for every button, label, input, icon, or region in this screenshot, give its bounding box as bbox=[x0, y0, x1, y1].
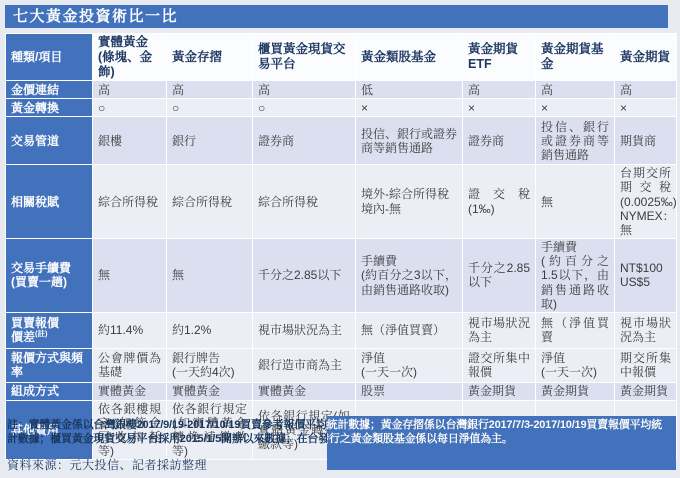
table-cell: 視市場狀況為主 bbox=[615, 312, 677, 348]
column-header: 黃金期貨ETF bbox=[463, 34, 536, 81]
table-cell: 證券商 bbox=[253, 117, 356, 165]
table-cell: 高 bbox=[167, 81, 253, 99]
table-cell: 黃金期貨 bbox=[615, 382, 677, 400]
row-label: 組成方式 bbox=[6, 382, 93, 400]
table-cell: × bbox=[356, 99, 463, 117]
table-cell: 銀行 bbox=[167, 117, 253, 165]
table-cell: 千分之2.85以下 bbox=[253, 239, 356, 313]
table-cell: 高 bbox=[536, 81, 615, 99]
row-label-text: 交易手續費 (買賣一趟) bbox=[11, 261, 71, 289]
row-label: 相關稅賦 bbox=[6, 165, 93, 239]
table-cell: 無（淨值買賣 bbox=[536, 312, 615, 348]
table-cell: NT$100 US$5 bbox=[615, 239, 677, 313]
table-cell: 手續費 (約百分之3以下，由銷售通路收取) bbox=[356, 239, 463, 313]
table-cell: 高 bbox=[253, 81, 356, 99]
table-cell: 視市場狀況為主 bbox=[253, 312, 356, 348]
row-label-text: 組成方式 bbox=[11, 384, 59, 398]
table-cell: 銀行牌告 (一天約4次) bbox=[167, 348, 253, 382]
table-cell: 高 bbox=[463, 81, 536, 99]
table-cell: 證交所集中報價 bbox=[463, 348, 536, 382]
table-cell: ○ bbox=[253, 99, 356, 117]
table-row: 組成方式實體黃金實體黃金實體黃金股票黃金期貨黃金期貨黃金期貨 bbox=[6, 382, 677, 400]
table-cell: 視市場狀況為主 bbox=[463, 312, 536, 348]
footnote-area: 註：實體黃金係以台灣銀樓2017/9/19-2017/10/19買賣參考報價平均… bbox=[5, 414, 676, 474]
source-text: 資料來源：元大投信、記者採訪整理 bbox=[7, 456, 207, 473]
table-cell: 證券商 bbox=[463, 117, 536, 165]
table-cell: 投信、銀行或證券商等銷售通路 bbox=[536, 117, 615, 165]
table-cell: 實體黃金 bbox=[93, 382, 167, 400]
table-cell: 實體黃金 bbox=[253, 382, 356, 400]
table-cell: 銀行造市商為主 bbox=[253, 348, 356, 382]
table-cell: × bbox=[463, 99, 536, 117]
table-cell: 淨值 (一天一次) bbox=[536, 348, 615, 382]
table-cell: × bbox=[615, 99, 677, 117]
table-cell: ○ bbox=[93, 99, 167, 117]
column-header: 黃金期貨基金 bbox=[536, 34, 615, 81]
column-header: 實體黃金 (條塊、金飾) bbox=[93, 34, 167, 81]
table-cell: 黃金期貨 bbox=[463, 382, 536, 400]
infographic: 七大黃金投資術比一比 種類/項目實體黃金 (條塊、金飾)黃金存摺櫃買黃金現貨交易… bbox=[0, 0, 680, 478]
table-cell: 銀樓 bbox=[93, 117, 167, 165]
row-label-footnote-marker: (註) bbox=[35, 329, 48, 338]
comparison-table: 種類/項目實體黃金 (條塊、金飾)黃金存摺櫃買黃金現貨交易平台黃金類股基金黃金期… bbox=[5, 33, 677, 460]
table-cell: 綜合所得稅 bbox=[93, 165, 167, 239]
table-cell: 公會牌價為基礎 bbox=[93, 348, 167, 382]
table-row: 買賣報價 價差(註)約11.4%約1.2%視市場狀況為主無（淨值買賣）視市場狀況… bbox=[6, 312, 677, 348]
table-cell: 綜合所得稅 bbox=[167, 165, 253, 239]
column-header: 黃金存摺 bbox=[167, 34, 253, 81]
table-cell: 黃金期貨 bbox=[536, 382, 615, 400]
table-cell: 台期交所期交稅(0.0025‰) NYMEX：無 bbox=[615, 165, 677, 239]
table-cell: ○ bbox=[167, 99, 253, 117]
table-cell: 低 bbox=[356, 81, 463, 99]
header-row: 種類/項目實體黃金 (條塊、金飾)黃金存摺櫃買黃金現貨交易平台黃金類股基金黃金期… bbox=[6, 34, 677, 81]
column-header: 黃金期貨 bbox=[615, 34, 677, 81]
table-cell: 股票 bbox=[356, 382, 463, 400]
table-cell: 淨值 (一天一次) bbox=[356, 348, 463, 382]
row-label-text: 金價連結 bbox=[11, 83, 59, 97]
table-cell: 投信、銀行或證券商等銷售通路 bbox=[356, 117, 463, 165]
table-row: 金價連結高高高低高高高 bbox=[6, 81, 677, 99]
table-cell: 境外-綜合所得稅 境內-無 bbox=[356, 165, 463, 239]
column-header: 黃金類股基金 bbox=[356, 34, 463, 81]
row-label: 金價連結 bbox=[6, 81, 93, 99]
table-cell: 證交稅(1‰) bbox=[463, 165, 536, 239]
table-cell: × bbox=[536, 99, 615, 117]
table-cell: 期交所集中報價 bbox=[615, 348, 677, 382]
table-cell: 期貨商 bbox=[615, 117, 677, 165]
corner-cell: 種類/項目 bbox=[6, 34, 93, 81]
row-label: 交易管道 bbox=[6, 117, 93, 165]
table-row: 交易手續費 (買賣一趟)無無千分之2.85以下手續費 (約百分之3以下，由銷售通… bbox=[6, 239, 677, 313]
row-label-text: 報價方式與頻率 bbox=[11, 351, 83, 379]
table-row: 交易管道銀樓銀行證券商投信、銀行或證券商等銷售通路證券商投信、銀行或證券商等銷售… bbox=[6, 117, 677, 165]
table-cell: 無（淨值買賣） bbox=[356, 312, 463, 348]
table-cell: 無 bbox=[93, 239, 167, 313]
table-cell: 高 bbox=[93, 81, 167, 99]
row-label: 買賣報價 價差(註) bbox=[6, 312, 93, 348]
table-row: 黃金轉換○○○×××× bbox=[6, 99, 677, 117]
row-label-text: 相關稅賦 bbox=[11, 195, 59, 209]
row-label: 交易手續費 (買賣一趟) bbox=[6, 239, 93, 313]
page-title: 七大黃金投資術比一比 bbox=[5, 5, 668, 28]
table-cell: 無 bbox=[536, 165, 615, 239]
table-cell: 約11.4% bbox=[93, 312, 167, 348]
table-cell: 無 bbox=[167, 239, 253, 313]
table-cell: 手續費 (約百分之1.5以下，由銷售通路收取) bbox=[536, 239, 615, 313]
table-cell: 實體黃金 bbox=[167, 382, 253, 400]
row-label: 報價方式與頻率 bbox=[6, 348, 93, 382]
row-label-text: 交易管道 bbox=[11, 134, 59, 148]
row-label: 黃金轉換 bbox=[6, 99, 93, 117]
row-label-text: 黃金轉換 bbox=[11, 101, 59, 115]
table-row: 相關稅賦綜合所得稅綜合所得稅綜合所得稅境外-綜合所得稅 境內-無證交稅(1‰)無… bbox=[6, 165, 677, 239]
table-row: 報價方式與頻率公會牌價為基礎銀行牌告 (一天約4次)銀行造市商為主淨值 (一天一… bbox=[6, 348, 677, 382]
column-header: 櫃買黃金現貨交易平台 bbox=[253, 34, 356, 81]
table-cell: 高 bbox=[615, 81, 677, 99]
table-cell: 約1.2% bbox=[167, 312, 253, 348]
table-cell: 千分之2.85以下 bbox=[463, 239, 536, 313]
table-cell: 綜合所得稅 bbox=[253, 165, 356, 239]
